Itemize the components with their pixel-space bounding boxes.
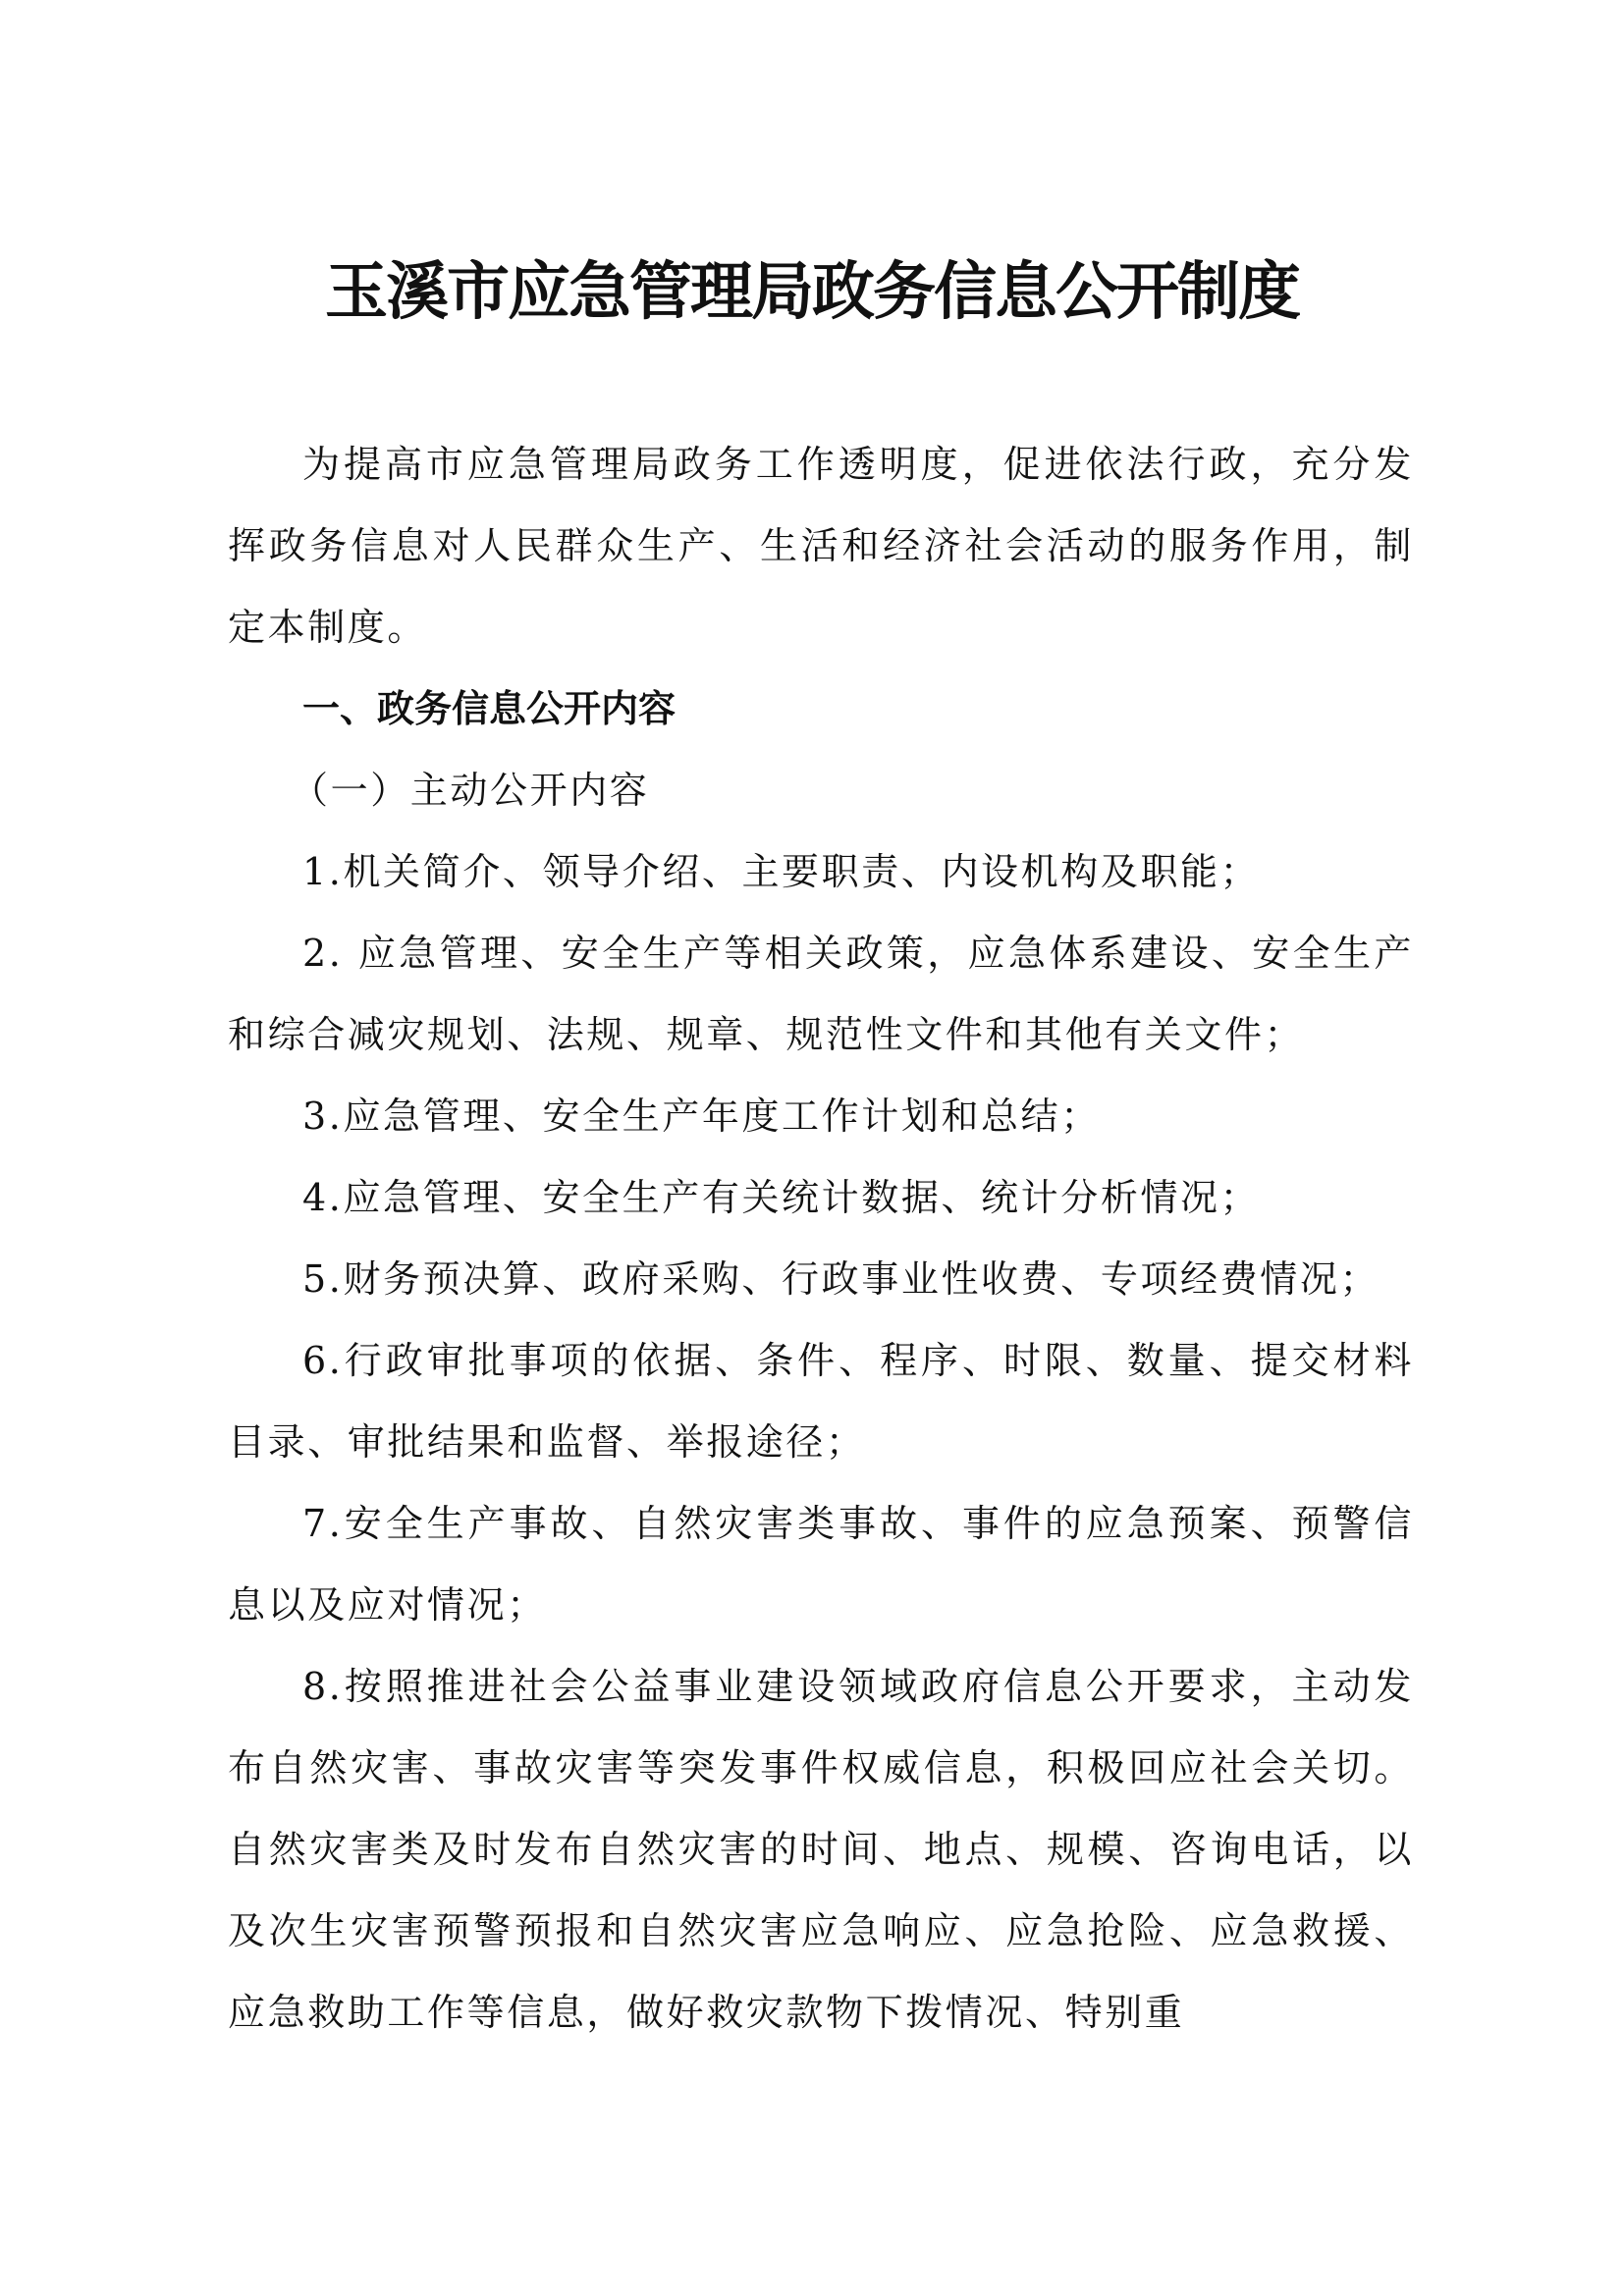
list-item: 8.按照推进社会公益事业建设领域政府信息公开要求，主动发布自然灾害、事故灾害等突… xyxy=(228,1646,1414,2054)
list-item: 5.财务预决算、政府采购、行政事业性收费、专项经费情况； xyxy=(228,1239,1414,1320)
section-heading: 一、政务信息公开内容 xyxy=(228,668,1414,750)
intro-paragraph: 为提高市应急管理局政务工作透明度，促进依法行政，充分发挥政务信息对人民群众生产、… xyxy=(228,424,1414,668)
document-title: 玉溪市应急管理局政务信息公开制度 xyxy=(0,253,1624,332)
document-body: 为提高市应急管理局政务工作透明度，促进依法行政，充分发挥政务信息对人民群众生产、… xyxy=(228,424,1414,2054)
list-item: 6.行政审批事项的依据、条件、程序、时限、数量、提交材料目录、审批结果和监督、举… xyxy=(228,1320,1414,1483)
list-item: 7.安全生产事故、自然灾害类事故、事件的应急预案、预警信息以及应对情况； xyxy=(228,1483,1414,1646)
list-item: 3.应急管理、安全生产年度工作计划和总结； xyxy=(228,1076,1414,1157)
list-item: 4.应急管理、安全生产有关统计数据、统计分析情况； xyxy=(228,1157,1414,1239)
list-item: 2. 应急管理、安全生产等相关政策，应急体系建设、安全生产和综合减灾规划、法规、… xyxy=(228,913,1414,1076)
list-item: 1.机关简介、领导介绍、主要职责、内设机构及职能； xyxy=(228,831,1414,913)
document-page: 玉溪市应急管理局政务信息公开制度 为提高市应急管理局政务工作透明度，促进依法行政… xyxy=(0,0,1624,2296)
subsection-heading: （一）主动公开内容 xyxy=(228,750,1414,831)
